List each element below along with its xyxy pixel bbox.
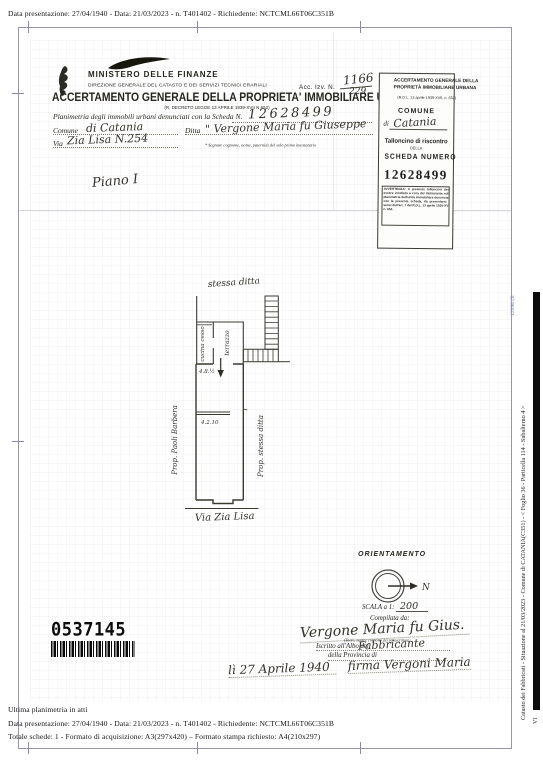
room-label-left: cucina cesso	[200, 326, 206, 362]
sidebar-redacted-line-prefix: VI	[533, 712, 539, 724]
plan-labels: stessa ditta cucina cesso terrazzo 4.8.½…	[171, 276, 265, 524]
riscontro-stamp: ACCERTAMENTO GENERALE DELLA PROPRIETÀ IM…	[377, 73, 455, 250]
frame-top-rule	[18, 27, 512, 28]
scale-line	[396, 611, 428, 612]
stamp-avvertenza-box: AVVERTENZA: Il presente talloncino deve …	[381, 186, 449, 227]
ditta-line	[185, 134, 373, 135]
reg-tick	[28, 21, 29, 33]
stamp-avvertenza-text: AVVERTENZA: Il presente talloncino deve …	[382, 187, 449, 214]
scheda-row-label: Planimetria degli immobili urbani denunc…	[53, 112, 242, 121]
entrance-arrow	[218, 358, 224, 378]
date-handwritten: lì 27 Aprile 1940	[228, 659, 336, 678]
room-label-right: terrazzo	[224, 330, 231, 356]
form-title: ACCERTAMENTO GENERALE DELLA PROPRIETA' I…	[52, 92, 422, 104]
albo-line	[316, 650, 450, 651]
stamp-decree: (R.D.L. 13 aprile 1939-XVII, n. 652)	[397, 96, 436, 100]
ditta-footnote: * Segnare cognome, nome, paternità del s…	[205, 143, 316, 148]
via-line	[53, 147, 178, 148]
stamp-della: DELLA	[395, 146, 437, 151]
scale-label: SCALA a 1:	[362, 604, 394, 611]
stamp-comune-label: COMUNE	[381, 108, 451, 116]
floor-plan-drawing: stessa ditta cucina cesso terrazzo 4.8.½…	[100, 260, 320, 530]
dimension-top: 4.8.½	[198, 368, 215, 375]
sidebar-watermark: 12698 (Il	[510, 282, 516, 316]
firma-handwritten: firma Vergoni Maria	[348, 655, 471, 674]
ministry-title: MINISTERO DELLE FINANZE	[88, 70, 218, 79]
ministry-subtitle: DIREZIONE GENERALE DEL CATASTO E DEI SER…	[88, 83, 267, 88]
footer-line2: Data presentazione: 27/04/1940 - Data: 2…	[8, 719, 334, 728]
reg-tick	[360, 21, 361, 33]
neighbor-label-left: Prop. Paoli Barbera	[171, 405, 179, 476]
dimension-mid: 4.2.10	[200, 420, 219, 426]
barcode-bars	[51, 641, 135, 657]
top-meta-line: Data presentazione: 27/04/1940 - Data: 2…	[8, 9, 334, 18]
frame-right-rule	[511, 27, 512, 748]
footer-line3: Totale schede: 1 - Formato di acquisizio…	[8, 732, 320, 741]
stamp-talloncino: Talloncino di riscontro	[384, 138, 448, 146]
footer-line1: Ultima planimetria in atti	[8, 705, 88, 714]
reg-tick	[197, 742, 198, 754]
reg-tick	[197, 21, 198, 33]
reg-tick	[12, 441, 24, 442]
barcode-number: 0537145	[51, 619, 126, 641]
acc-izv-label: Acc. Izv. N.	[299, 84, 335, 91]
orientation-title: ORIENTAMENTO	[358, 551, 426, 558]
neighbor-label-right: Prop. stessa ditta	[257, 415, 265, 478]
reg-tick	[12, 93, 24, 94]
stamp-scheda-numero: SCHEDA NUMERO	[385, 152, 448, 162]
stamp-title-line1: ACCERTAMENTO GENERALE DELLA	[394, 77, 440, 83]
reg-tick	[28, 742, 29, 754]
stamp-di-label: di	[383, 120, 389, 128]
north-label: N	[421, 583, 430, 593]
stamp-comune-line	[389, 129, 447, 131]
plan-top-label: stessa ditta	[208, 276, 261, 290]
street-label: Via Zia Lisa	[195, 511, 255, 524]
cadastral-document-page: Data presentazione: 27/04/1940 - Data: 2…	[0, 0, 543, 768]
frame-bottom-rule	[18, 748, 512, 749]
reg-tick	[360, 742, 361, 754]
stamp-title-line2: PROPRIETÀ IMMOBILIARE URBANA	[394, 84, 440, 90]
stamp-number: 12628499	[381, 167, 451, 184]
sidebar-redaction-bar	[533, 292, 540, 710]
staircase	[243, 296, 278, 362]
sidebar-cadastre-line: Catasto dei Fabbricati - Situazione al 2…	[520, 328, 527, 720]
frame-left-rule	[18, 27, 19, 748]
